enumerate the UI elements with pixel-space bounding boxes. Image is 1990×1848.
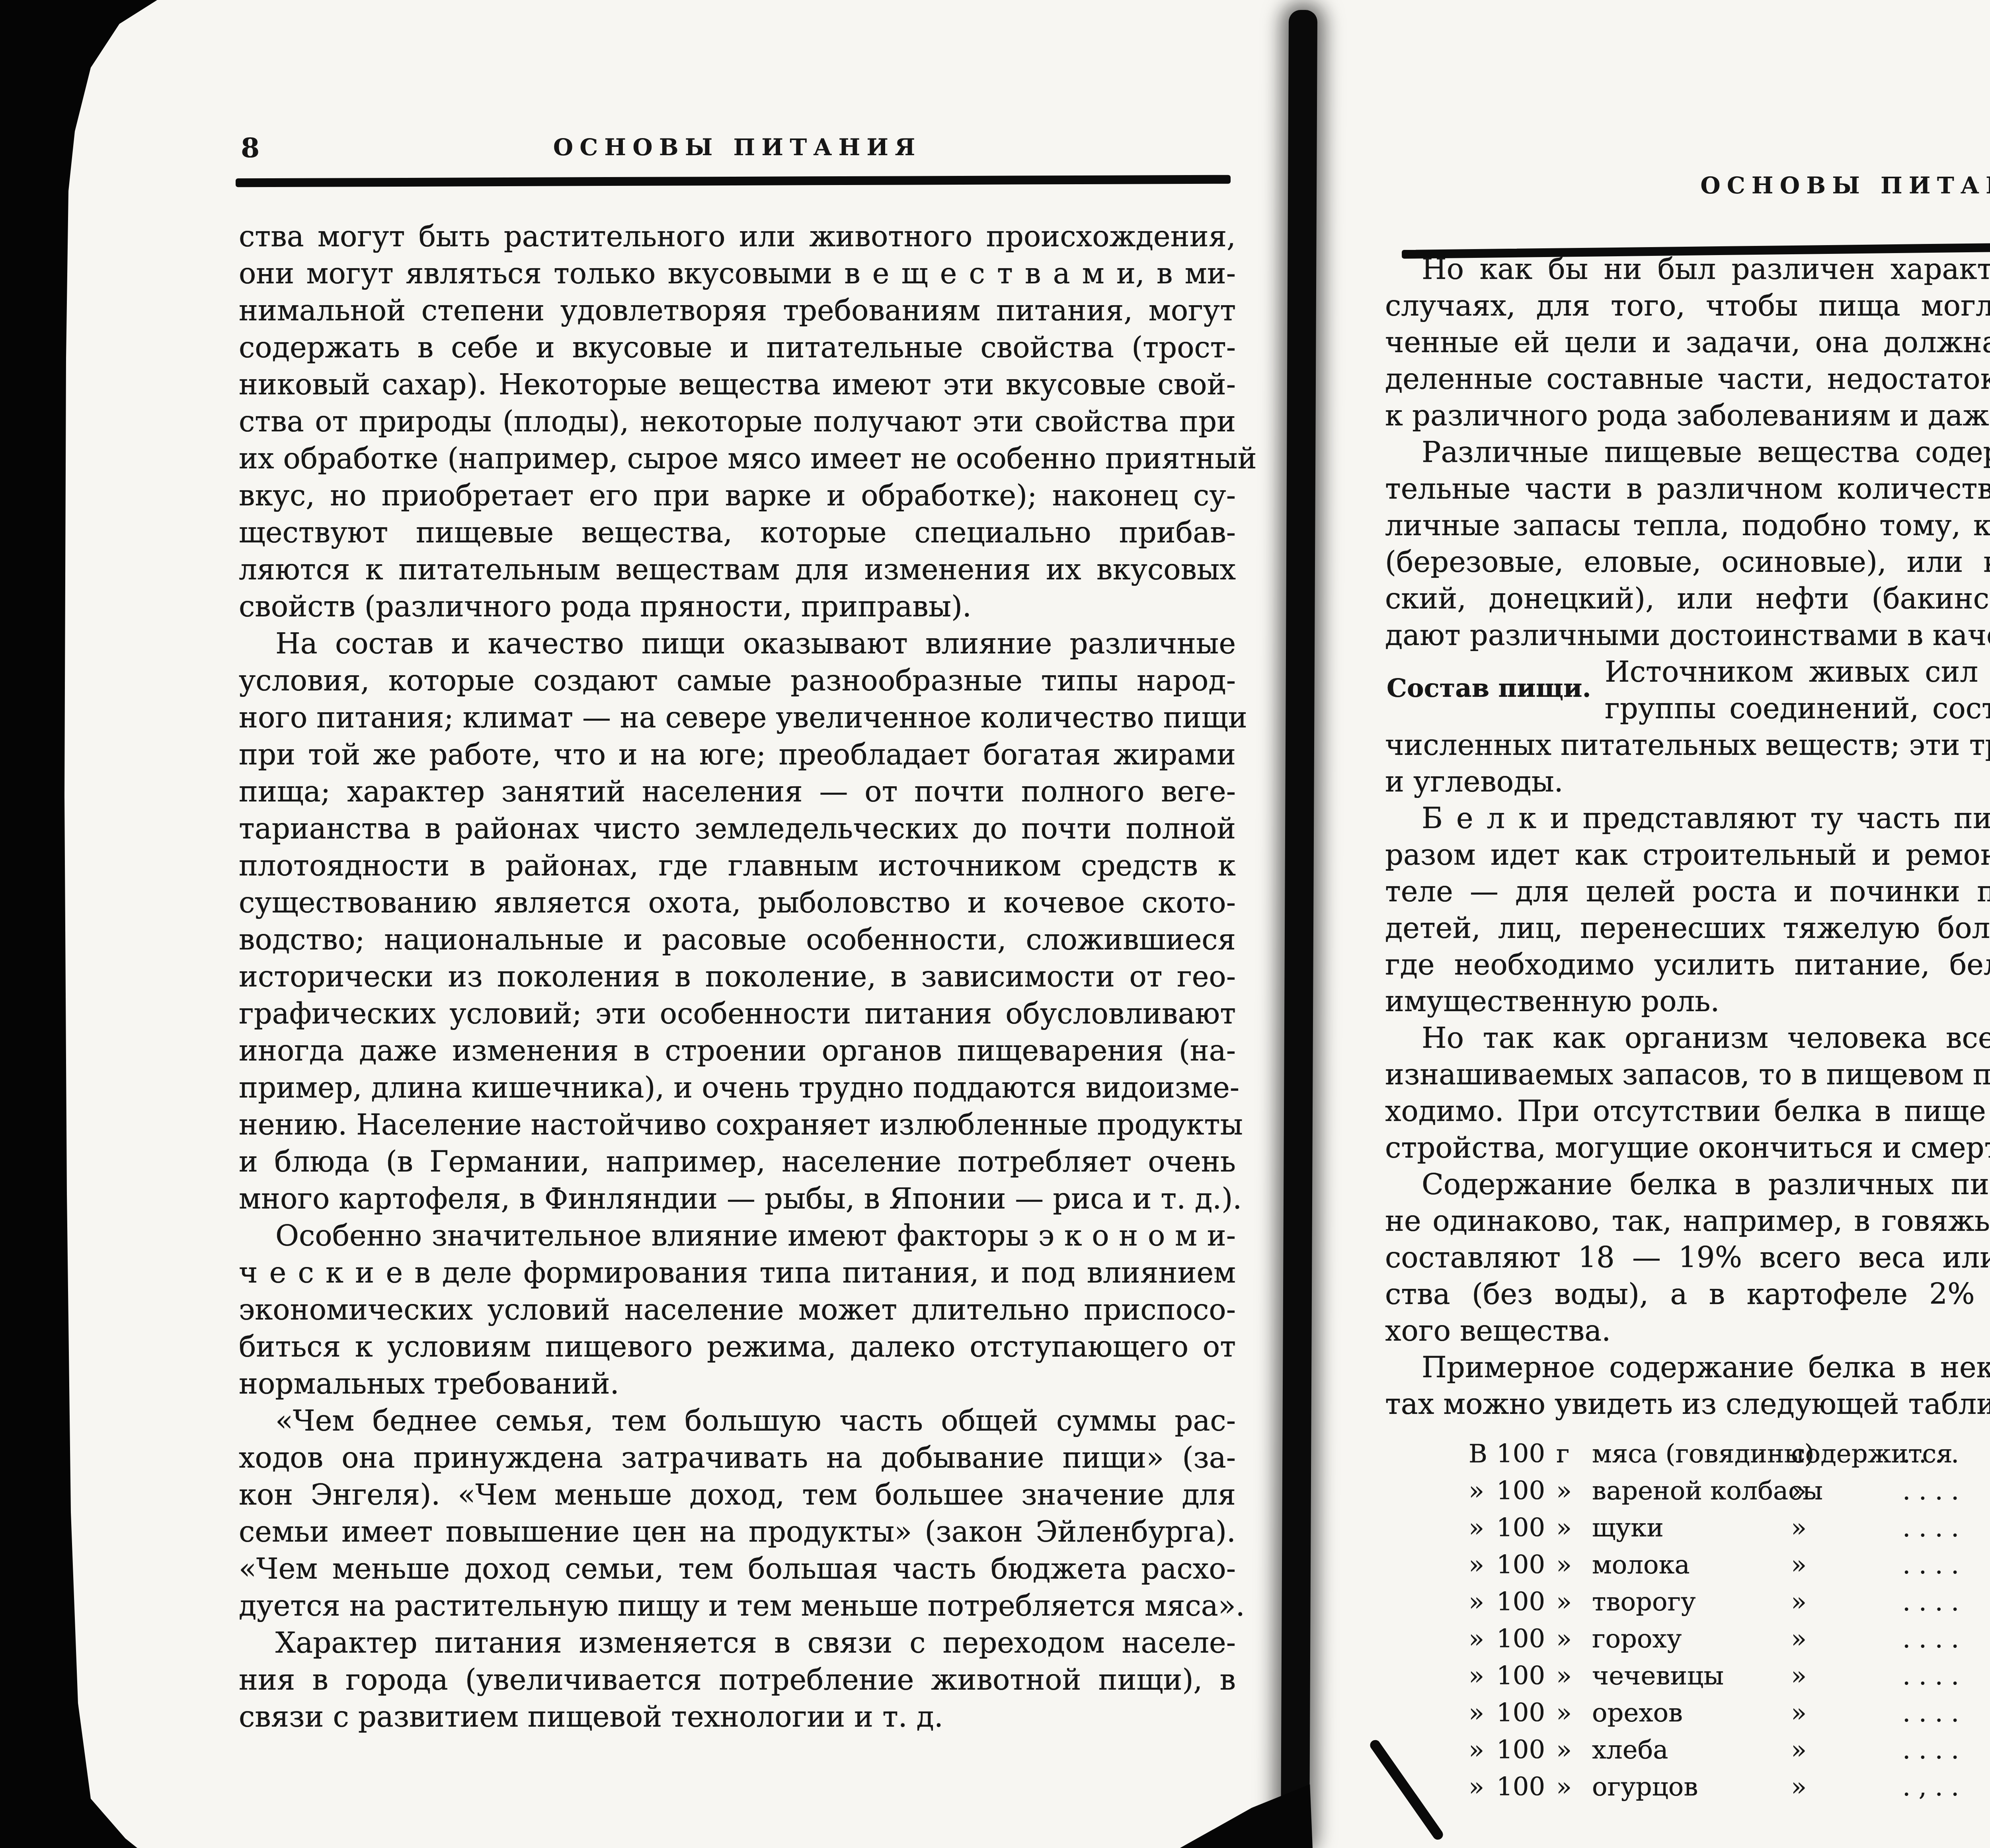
table-cell-verb: » — [1791, 1732, 1902, 1769]
table-cell-product: гороху — [1592, 1621, 1791, 1658]
text-line: хого вещества. — [1385, 1312, 1990, 1349]
text-line: Примерное содержание белка в некоторых п… — [1385, 1349, 1990, 1386]
text-line: исторически из поколения в поколение, в … — [239, 958, 1236, 995]
table-cell-dots: . . . . — [1902, 1695, 1990, 1732]
table-cell-verb: » — [1791, 1473, 1902, 1510]
table-cell-unit: » — [1556, 1621, 1592, 1658]
table-cell-product: орехов — [1592, 1695, 1791, 1732]
table-cell-dots: . . . . — [1902, 1510, 1990, 1547]
paragraph: Содержание белка в различных пищевых про… — [1385, 1166, 1990, 1349]
table-cell-qty: 100 — [1496, 1436, 1556, 1473]
text-line: водство; национальные и расовые особенно… — [239, 921, 1236, 958]
text-line: ч е с к и е в деле формирования типа пит… — [239, 1254, 1236, 1291]
table-cell-verb: » — [1791, 1658, 1902, 1695]
text-line: Содержание белка в различных пищевых про… — [1385, 1166, 1990, 1203]
text-line: ного питания; климат — на севере увеличе… — [239, 699, 1236, 736]
paragraph: Но так как организм человека всегда треб… — [1385, 1020, 1990, 1166]
text-line: Но так как организм человека всегда треб… — [1385, 1020, 1990, 1056]
text-line: не одинаково, так, например, в говяжьем,… — [1385, 1203, 1990, 1239]
text-line: и углеводы. — [1385, 763, 1990, 800]
paragraph: Характер питания изменяется в связи с пе… — [239, 1624, 1236, 1735]
running-head-left: ОСНОВЫ ПИТАНИЯ — [239, 134, 1236, 161]
paragraph: Примерное содержание белка в некоторых п… — [1385, 1349, 1990, 1422]
text-line: численных питательных веществ; эти три г… — [1385, 727, 1990, 763]
table-cell-product: чечевицы — [1592, 1658, 1791, 1695]
paragraph: Особенно значительное влияние имеют факт… — [239, 1217, 1236, 1402]
text-line: ства (без воды), а в картофеле 2% всего … — [1385, 1276, 1990, 1312]
text-line: составляют 18 — 19% всего веса или 90% в… — [1385, 1239, 1990, 1276]
text-line: ния в города (увеличивается потребление … — [239, 1661, 1236, 1698]
table-cell-unit: » — [1556, 1547, 1592, 1584]
table-row: В100гмяса (говядины)содержится. . . .18 … — [1469, 1436, 1990, 1473]
table-row: »100»щуки». . . .18» » — [1469, 1510, 1990, 1547]
table-cell-dots: . . . . — [1902, 1547, 1990, 1584]
text-line: и блюда (в Германии, например, население… — [239, 1143, 1236, 1180]
table-row: »100»огурцов». , . .1» » — [1469, 1769, 1990, 1806]
paragraph: Различные пищевые вещества содержат эти … — [1385, 434, 1990, 653]
table-cell-unit: » — [1556, 1510, 1592, 1547]
text-line: плотоядности в районах, где главным исто… — [239, 847, 1236, 884]
table-cell-verb: » — [1791, 1695, 1902, 1732]
table-cell-qty: 100 — [1496, 1621, 1556, 1658]
text-line: (березовые, еловые, осиновые), или камен… — [1385, 544, 1990, 580]
text-line: нению. Население настойчиво сохраняет из… — [239, 1106, 1236, 1143]
text-line: семьи имеет повышение цен на продукты» (… — [239, 1513, 1236, 1550]
text-line: нормальных требований. — [239, 1365, 1236, 1402]
table-cell-dots: . . . . — [1902, 1436, 1990, 1473]
running-head-right: ОСНОВЫ ПИТАНИЯ — [1385, 172, 1990, 199]
text-line: их обработке (например, сырое мясо имеет… — [239, 440, 1236, 477]
table-cell-verb: » — [1791, 1547, 1902, 1584]
text-line: где необходимо усилить питание, белки до… — [1385, 946, 1990, 983]
table-cell-lead: » — [1469, 1769, 1496, 1806]
text-line: ства могут быть растительного или животн… — [239, 218, 1236, 255]
text-line: На состав и качество пищи оказывают влия… — [239, 625, 1236, 662]
table-cell-lead: » — [1469, 1584, 1496, 1621]
text-line: условия, которые создают самые разнообра… — [239, 662, 1236, 699]
text-line: «Чем беднее семья, тем большую часть общ… — [239, 1402, 1236, 1439]
text-line: графических условий; эти особенности пит… — [239, 995, 1236, 1032]
text-line: ходов она принуждена затрачивать на добы… — [239, 1439, 1236, 1476]
table-cell-product: вареной колбасы — [1592, 1473, 1791, 1510]
table-cell-lead: » — [1469, 1658, 1496, 1695]
binding-gutter-shadow — [1281, 10, 1317, 1848]
text-line: тах можно увидеть из следующей таблицы: — [1385, 1386, 1990, 1422]
table-cell-dots: . . . . — [1902, 1658, 1990, 1695]
text-line: стройства, могущие окончиться и смертью. — [1385, 1129, 1990, 1166]
table-cell-product: мяса (говядины) — [1592, 1436, 1791, 1473]
text-line: ства от природы (плоды), некоторые получ… — [239, 403, 1236, 440]
table-cell-qty: 100 — [1496, 1510, 1556, 1547]
text-line: дуется на растительную пищу и тем меньше… — [239, 1587, 1236, 1624]
paragraph: Б е л к и представляют ту часть пищи, ко… — [1385, 800, 1990, 1020]
table-cell-unit: г — [1556, 1436, 1592, 1473]
paragraph: На состав и качество пищи оказывают влия… — [239, 625, 1236, 1217]
table-cell-lead: » — [1469, 1547, 1496, 1584]
scan-edge-shadow — [0, 0, 167, 1848]
table-row: »100»вареной колбасы». . . .22» » — [1469, 1473, 1990, 1510]
table-cell-dots: . . . . — [1902, 1732, 1990, 1769]
table-cell-unit: » — [1556, 1769, 1592, 1806]
table-cell-dots: . . . . — [1902, 1473, 1990, 1510]
text-line: нимальной степени удовлетворяя требовани… — [239, 292, 1236, 329]
text-line: тельные части в различном количестве и д… — [1385, 470, 1990, 507]
paragraph: «Чем беднее семья, тем большую часть общ… — [239, 1402, 1236, 1624]
text-line: существованию является охота, рыболовств… — [239, 884, 1236, 921]
table-cell-unit: » — [1556, 1584, 1592, 1621]
text-line: содержать в себе и вкусовые и питательны… — [239, 329, 1236, 366]
table-row: »100»гороху». . . .23» » — [1469, 1621, 1990, 1658]
table-cell-qty: 100 — [1496, 1732, 1556, 1769]
table-cell-unit: » — [1556, 1732, 1592, 1769]
text-line: изнашиваемых запасов, то в пищевом пайке… — [1385, 1056, 1990, 1093]
table-cell-qty: 100 — [1496, 1769, 1556, 1806]
text-line: пища; характер занятий населения — от по… — [239, 773, 1236, 810]
text-line: кон Энгеля). «Чем меньше доход, тем боль… — [239, 1476, 1236, 1513]
text-line: Источником живых сил организма являются … — [1605, 653, 1990, 690]
text-line: ский, донецкий), или нефти (бакинская, ч… — [1385, 580, 1990, 617]
right-text-column: Но как бы ни был различен характер питан… — [1385, 251, 1990, 1806]
table-cell-lead: » — [1469, 1621, 1496, 1658]
text-line: имущественную роль. — [1385, 983, 1990, 1020]
table-row: »100»молока». . . .4» » — [1469, 1547, 1990, 1584]
left-text-column: ства могут быть растительного или животн… — [239, 218, 1236, 1735]
table-cell-qty: 100 — [1496, 1695, 1556, 1732]
side-heading-block: Состав пищи. Источником живых сил органи… — [1385, 653, 1990, 727]
text-line: экономических условий население может дл… — [239, 1291, 1236, 1328]
paragraph: Но как бы ни был различен характер питан… — [1385, 251, 1990, 434]
table-row: »100»творогу». . . .15» » — [1469, 1584, 1990, 1621]
table-cell-qty: 100 — [1496, 1473, 1556, 1510]
text-line: «Чем меньше доход семьи, тем большая час… — [239, 1550, 1236, 1587]
text-line: связи с развитием пищевой технологии и т… — [239, 1698, 1236, 1735]
text-line: при той же работе, что и на юге; преобла… — [239, 736, 1236, 773]
paragraph: ства могут быть растительного или животн… — [239, 218, 1236, 625]
text-line: деленные составные части, недостаток кот… — [1385, 361, 1990, 397]
paragraph: численных питательных веществ; эти три г… — [1385, 727, 1990, 800]
table-row: »100»чечевицы». . . .26» » — [1469, 1658, 1990, 1695]
text-line: Но как бы ни был различен характер питан… — [1385, 251, 1990, 287]
table-cell-unit: » — [1556, 1695, 1592, 1732]
table-cell-product: огурцов — [1592, 1769, 1791, 1806]
text-line: много картофеля, в Финляндии — рыбы, в Я… — [239, 1180, 1236, 1217]
text-line: свойств (различного рода пряности, припр… — [239, 588, 1236, 625]
text-line: иногда даже изменения в строении органов… — [239, 1032, 1236, 1069]
text-line: никовый сахар). Некоторые вещества имеют… — [239, 366, 1236, 403]
text-line: тарианства в районах чисто земледельческ… — [239, 810, 1236, 847]
table-cell-product: хлеба — [1592, 1732, 1791, 1769]
text-line: к различного рода заболеваниям и даже см… — [1385, 397, 1990, 434]
table-cell-verb: » — [1791, 1769, 1902, 1806]
text-line: детей, лиц, перенесших тяжелую болезнь, … — [1385, 910, 1990, 946]
side-heading: Состав пищи. — [1387, 670, 1591, 707]
text-line: биться к условиям пищевого режима, далек… — [239, 1328, 1236, 1365]
table-cell-dots: . . . . — [1902, 1621, 1990, 1658]
text-line: ляются к питательным веществам для измен… — [239, 551, 1236, 588]
table-cell-product: творогу — [1592, 1584, 1791, 1621]
header-rule-left — [236, 175, 1231, 187]
table-cell-verb: » — [1791, 1510, 1902, 1547]
text-line: личные запасы тепла, подобно тому, как р… — [1385, 507, 1990, 544]
table-cell-lead: » — [1469, 1473, 1496, 1510]
table-cell-product: молока — [1592, 1547, 1791, 1584]
text-line: Особенно значительное влияние имеют факт… — [239, 1217, 1236, 1254]
text-line: группы соединений, составляющих основу м… — [1605, 690, 1990, 727]
table-cell-lead: » — [1469, 1732, 1496, 1769]
text-line: они могут являться только вкусовыми в е … — [239, 255, 1236, 292]
table-row: »100»хлеба». . . .5 — 6» » — [1469, 1732, 1990, 1769]
table-cell-unit: » — [1556, 1473, 1592, 1510]
text-line: Б е л к и представляют ту часть пищи, ко… — [1385, 800, 1990, 836]
table-row: »100»орехов». . . .12» » — [1469, 1695, 1990, 1732]
text-line: пример, длина кишечника), и очень трудно… — [239, 1069, 1236, 1106]
text-line: Различные пищевые вещества содержат эти … — [1385, 434, 1990, 470]
text-line: ченные ей цели и задачи, она должна соде… — [1385, 324, 1990, 361]
table-cell-qty: 100 — [1496, 1658, 1556, 1695]
text-line: случаях, для того, чтобы пища могла выпо… — [1385, 287, 1990, 324]
protein-table: В100гмяса (говядины)содержится. . . .18 … — [1385, 1436, 1990, 1806]
text-line: разом идет как строительный и ремонтный … — [1385, 836, 1990, 873]
table-cell-unit: » — [1556, 1658, 1592, 1695]
table-cell-lead: » — [1469, 1695, 1496, 1732]
table-cell-product: щуки — [1592, 1510, 1791, 1547]
table-cell-verb: » — [1791, 1584, 1902, 1621]
table-cell-dots: . , . . — [1902, 1769, 1990, 1806]
table-cell-lead: » — [1469, 1510, 1496, 1547]
text-line: ществуют пищевые вещества, которые специ… — [239, 514, 1236, 551]
table-cell-qty: 100 — [1496, 1584, 1556, 1621]
text-line: теле — для целей роста и починки последн… — [1385, 873, 1990, 910]
table-cell-verb: содержится — [1791, 1436, 1902, 1473]
text-line: ходимо. При отсутствии белка в пище наст… — [1385, 1093, 1990, 1129]
table-cell-qty: 100 — [1496, 1547, 1556, 1584]
text-line: Характер питания изменяется в связи с пе… — [239, 1624, 1236, 1661]
table-cell-verb: » — [1791, 1621, 1902, 1658]
table-cell-dots: . . . . — [1902, 1584, 1990, 1621]
text-line: вкус, но приобретает его при варке и обр… — [239, 477, 1236, 514]
text-line: дают различными достоинствами в качестве… — [1385, 617, 1990, 653]
table-cell-lead: В — [1469, 1436, 1496, 1473]
